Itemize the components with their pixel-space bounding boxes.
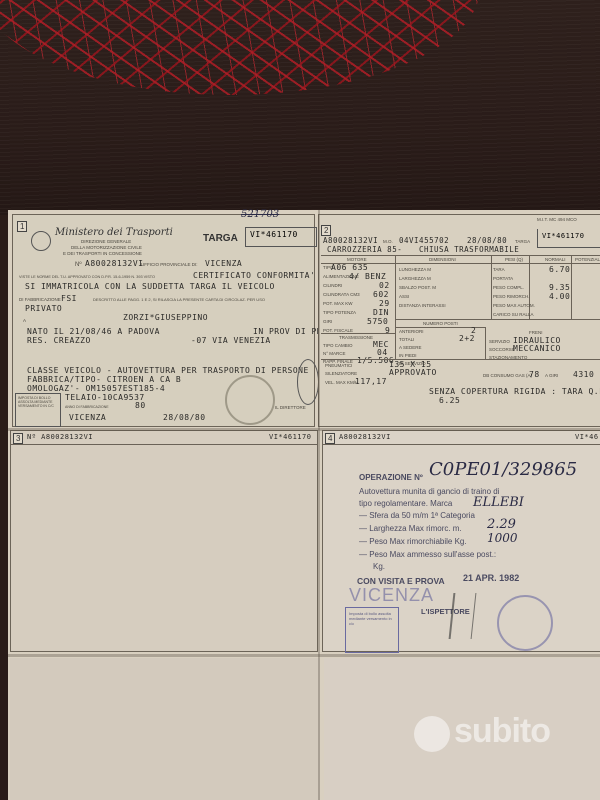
certificato-text: CERTIFICATO CONFORMITA' — [193, 271, 315, 280]
peso-asse-line: — Peso Max ammesso sull'asse post.: — [359, 550, 496, 559]
bollo-box: Imposta di bollo assolta mediante versam… — [15, 393, 61, 427]
tare-weight: 6.70 — [549, 265, 570, 274]
note-text: SENZA COPERTURA RIGIDA : TARA Q.LI — [429, 387, 600, 396]
dept-line: E DEI TRASPORTI IN CONCESSIONE — [63, 251, 142, 256]
velocita-label: Vel. max km/h — [325, 380, 358, 385]
towing-weight: 4.00 — [549, 292, 570, 301]
norme-label: VISTE LE NORME DEL T.U. APPROVATO CON D.… — [19, 275, 155, 279]
cylinders: 02 — [379, 281, 390, 290]
ufficio-value: VICENZA — [205, 259, 242, 268]
birth-province: IN PROV DI PD — [253, 327, 322, 336]
row-label: n° marce — [323, 351, 346, 356]
noise-db: 78 — [529, 370, 540, 379]
row-label: pot. max kw — [323, 301, 353, 306]
fold-line-horizontal — [8, 428, 600, 431]
carrozzeria: CARROZZERIA 85- — [327, 245, 402, 254]
towbar-brand: ELLEBI — [473, 495, 524, 510]
doc-number: Nº A80028132VI — [27, 433, 93, 441]
body-type: CHIUSA TRASFORMABILE — [419, 245, 519, 254]
row-label: tipo potenza — [323, 310, 356, 315]
vehicle-class: CLASSE VEICOLO - AUTOVETTURA PER TRASPOR… — [27, 366, 309, 375]
row-label: peso rimorch. — [493, 294, 530, 299]
fabbricazione-value: FSI — [61, 294, 77, 303]
issue-date: 28/08/80 — [163, 413, 206, 422]
targa-box: VI*461170 — [537, 229, 600, 248]
chassis-number: TELAIO-10CA9537 — [65, 393, 145, 402]
larghezza-line: — Larghezza Max rimorc. m. — [359, 524, 462, 533]
towbar-line2: tipo regolamentare. Marca — [359, 499, 452, 508]
row-label: anteriori — [399, 329, 424, 334]
row-label: assi — [399, 294, 409, 299]
official-stamp — [225, 375, 275, 425]
row-label: tara — [493, 267, 505, 272]
motore-header: MOTORE — [347, 257, 367, 262]
normali-header: NORMALI — [545, 257, 566, 262]
targa-value: VI*46 — [575, 433, 599, 441]
note-tara: 6.25 — [439, 396, 460, 405]
issue-city: VICENZA — [69, 413, 106, 422]
row-label: in piedi — [399, 353, 417, 358]
bollo-text: Imposta di bollo assolta mediante versam… — [349, 611, 395, 626]
panel-5-folded — [10, 658, 320, 800]
signature-mark — [297, 359, 319, 405]
anno-label: ANNO DI FABBRICAZIONE — [65, 405, 109, 409]
displacement: 602 — [373, 290, 389, 299]
doc-number: A80028132VI — [339, 433, 391, 441]
freni-header: FRENI — [529, 330, 543, 335]
panel-number: 2 — [321, 225, 331, 236]
direttore-label: IL DIRETTORE — [275, 405, 306, 410]
pesi-header: PESI (q) — [505, 257, 523, 262]
row-label: lunghezza m — [399, 267, 431, 272]
dimensioni-header: DIMENSIONI — [429, 257, 456, 262]
vicenza-stamp: VICENZA — [349, 585, 434, 606]
engine-type: A06 635 — [331, 263, 368, 272]
rpm: 5750 — [367, 317, 388, 326]
row-label: cilindrata cm3 — [323, 292, 360, 297]
immatricola-text: SI IMMATRICOLA CON LA SUDDETTA TARGA IL … — [25, 282, 275, 291]
fold-line-vertical — [318, 210, 320, 800]
inspector-round-stamp — [497, 595, 553, 651]
panel-number: 3 — [13, 433, 23, 444]
posti-header: NUMERO POSTI — [423, 321, 458, 326]
max-speed: 117,17 — [355, 377, 387, 386]
targa-value: VI*461170 — [542, 232, 584, 240]
birth-info: NATO IL 21/08/46 A PADOVA — [27, 327, 160, 336]
row-label: portata — [493, 276, 513, 281]
subito-logo-icon — [414, 716, 450, 752]
panel-1-registration: 1 Ministero dei Trasporti DIREZIONE GENE… — [12, 214, 315, 427]
inspector-signature — [449, 593, 477, 639]
residence: RES. CREAZZO — [27, 336, 91, 345]
ministry-title: Ministero dei Trasporti — [55, 227, 173, 238]
address: -07 VIA VENEZIA — [191, 336, 271, 345]
pneumatici-label: PNEUMATICI — [325, 363, 352, 368]
targa-label: TARGA — [515, 239, 530, 244]
panel-number: 1 — [17, 221, 27, 232]
row-label: peso compl. — [493, 285, 524, 290]
operation-number: C0PE01/329865 — [429, 459, 577, 480]
sfera-line: — Sfera da 50 m/m 1ª Categoria — [359, 511, 475, 520]
dept-line: DELLA MOTORIZZAZIONE CIVILE — [71, 245, 142, 250]
mo-value: 04VI455702 — [399, 236, 449, 245]
fabbricazione-label: DI FABBRICAZIONE — [19, 297, 61, 302]
dept-line: DIREZIONE GENERALE — [81, 239, 131, 244]
inspection-date: 21 APR. 1982 — [463, 573, 519, 583]
row-label: peso max autom. — [493, 303, 535, 308]
doc-no-label: Nº — [75, 262, 82, 268]
row-label: giri — [323, 319, 332, 324]
row-label: distanza interassi — [399, 303, 446, 308]
row-label: soccorso — [489, 347, 515, 352]
targa-label: TARGA — [203, 233, 238, 244]
form-code: M.I.T. MC 494 MCO — [537, 217, 577, 222]
subito-watermark: subito — [454, 712, 550, 751]
row-label: carico su ralla — [493, 312, 534, 317]
bollo-stamp: Imposta di bollo assolta mediante versam… — [345, 607, 399, 653]
fuel: 4/ BENZ — [349, 272, 386, 281]
manufacturer-type: FABBRICA/TIPO- CITROEN A CA B — [27, 375, 181, 384]
homologation: OMOLOGAZ'- OM15057EST185-4 — [27, 384, 165, 393]
max-trailer-weight: 1000 — [487, 531, 518, 545]
row-label: sbalzo post. m — [399, 285, 436, 290]
row-label: totali — [399, 337, 414, 342]
trasmissione-header: TRASMISSIONE — [339, 335, 373, 340]
targa-value: VI*461170 — [269, 433, 311, 441]
max-trailer-width: 2.29 — [487, 517, 516, 532]
emblem-icon — [31, 231, 51, 251]
descritto-text: DESCRITTO ALLE PAGG. 1 E 2, SI RILASCIA … — [93, 297, 265, 302]
power-kw: 29 — [379, 299, 390, 308]
doc-number: A80028132VI — [323, 236, 378, 245]
rumore-label: dB consumo gas (a) — [483, 373, 532, 378]
row-label: larghezza m — [399, 276, 431, 281]
row-label: servizio — [489, 339, 510, 344]
reg-date: 28/08/80 — [467, 236, 507, 245]
noise-rpm: 4310 — [573, 370, 594, 379]
total-seats: 2+2 — [459, 334, 475, 343]
targa-value: VI*461170 — [250, 230, 298, 239]
power-type: DIN — [373, 308, 389, 317]
uso-value: PRIVATO — [25, 304, 62, 313]
owner-name: ZORZI*GIUSEPPINO — [123, 313, 208, 322]
silencer: APPROVATO — [389, 368, 437, 377]
bollo-text: Imposta di bollo assolta mediante versam… — [18, 396, 58, 408]
row-label: cilindri — [323, 283, 342, 288]
fold-line-horizontal — [8, 654, 600, 657]
panel-number: 4 — [325, 433, 335, 444]
handwritten-number: 521703 — [241, 209, 279, 220]
row-label: a sedere — [399, 345, 422, 350]
targa-box: VI*461170 — [245, 227, 317, 247]
panel-4-annotations: 4 A80028132VI VI*46 OPERAZIONE Nº C0PE01… — [322, 430, 600, 652]
gross-weight: 9.35 — [549, 283, 570, 292]
panel-2-technical-data: M.I.T. MC 494 MCO 2 A80028132VI M.O. 04V… — [318, 214, 600, 427]
a-label: A — [23, 318, 26, 323]
ufficio-label: UFFICIO PROVINCIALE DI: — [141, 262, 198, 267]
year-value: 80 — [135, 401, 146, 410]
kg-label: Kg. — [373, 562, 385, 571]
doc-number: A80028132VI — [85, 259, 143, 268]
peso-line: — Peso Max rimorchiabile Kg. — [359, 537, 467, 546]
panel-3-blank: 3 Nº A80028132VI VI*461170 — [10, 430, 318, 652]
mo-label: M.O. — [383, 239, 393, 244]
emergency-brake: MECCANICO — [513, 344, 561, 353]
row-label: tipo cambio — [323, 343, 353, 348]
potenziali-header: POTENZIALI — [575, 257, 600, 262]
giri-label: a giri — [545, 373, 558, 378]
operazione-label: OPERAZIONE Nº — [359, 473, 423, 482]
silenziatore-label: SILENZIATORE — [325, 371, 357, 376]
